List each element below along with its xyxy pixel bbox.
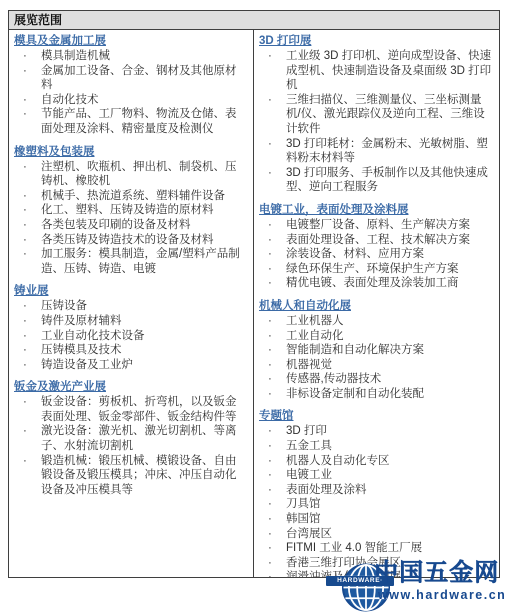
list-item: · 金属加工设备、合金、钢材及其他原材料 xyxy=(14,64,247,93)
section-item-list: · 注塑机、吹瓶机、押出机、制袋机、压铸机、橡胶机 · 机械手、热流道系统、塑料… xyxy=(14,160,247,277)
list-item: · 三维扫描仪、三维测量仪、三坐标测量机/仪、激光跟踪仪及逆向工程、三维设计软件 xyxy=(259,93,493,137)
list-item-text: 金属加工设备、合金、钢材及其他原材料 xyxy=(41,64,247,93)
list-item: · 刀具馆 xyxy=(259,497,493,512)
exhibition-section: 专题馆 · 3D 打印 · 五金工具 · 机器人及自动化专区 · 电镀工业 · … xyxy=(259,409,493,577)
list-item: · 表面处理设备、工程、技术解决方案 xyxy=(259,233,493,248)
bullet-icon: · xyxy=(14,160,41,189)
section-item-list: · 工业机器人 · 工业自动化 · 智能制造和自动化解决方案 · 机器视觉 · … xyxy=(259,314,493,402)
list-item: · 机器视觉 xyxy=(259,358,493,373)
bullet-icon: · xyxy=(259,262,286,277)
bullet-icon: · xyxy=(259,556,286,571)
exhibition-scope-table: 展览范围 模具及金属加工展 · 模具制造机械 · 金属加工设备、合金、钢材及其他… xyxy=(8,10,500,578)
list-item: · 各类包装及印刷的设备及材料 xyxy=(14,218,247,233)
bullet-icon: · xyxy=(14,107,41,136)
list-item-text: 自动化技术 xyxy=(41,93,247,108)
bullet-icon: · xyxy=(259,454,286,469)
page: 展览范围 模具及金属加工展 · 模具制造机械 · 金属加工设备、合金、钢材及其他… xyxy=(0,0,510,612)
list-item: · 五金工具 xyxy=(259,439,493,454)
list-item: · 节能产品、工厂物料、物流及仓储、表面处理及涂料、精密量度及检测仪 xyxy=(14,107,247,136)
list-item: · 锻造机械：锻压机械、模锻设备、自由锻设备及锻压模具；冲床、冲压自动化设备及冲… xyxy=(14,454,247,498)
list-item: · 工业机器人 xyxy=(259,314,493,329)
bullet-icon: · xyxy=(259,468,286,483)
list-item: · 绿色环保生产、环境保护生产方案 xyxy=(259,262,493,277)
bullet-icon: · xyxy=(14,454,41,498)
bullet-icon: · xyxy=(259,527,286,542)
exhibition-section: 橡塑料及包装展 · 注塑机、吹瓶机、押出机、制袋机、压铸机、橡胶机 · 机械手、… xyxy=(14,145,247,277)
section-item-list: · 电镀整厂设备、原料、生产解决方案 · 表面处理设备、工程、技术解决方案 · … xyxy=(259,218,493,291)
section-item-list: · 工业级 3D 打印机、逆向成型设备、快速成型机、快速制造设备及桌面级 3D … xyxy=(259,49,493,195)
list-item-text: 五金工具 xyxy=(286,439,493,454)
bullet-icon: · xyxy=(14,189,41,204)
bullet-icon: · xyxy=(259,570,286,577)
list-item: · 压铸设备 xyxy=(14,299,247,314)
section-title-link[interactable]: 模具及金属加工展 xyxy=(14,34,247,49)
list-item: · 表面处理及涂料 xyxy=(259,483,493,498)
bullet-icon: · xyxy=(14,203,41,218)
list-item: · 工业自动化 xyxy=(259,329,493,344)
list-item-text: 化工、塑料、压铸及铸造的原材料 xyxy=(41,203,247,218)
bullet-icon: · xyxy=(259,276,286,291)
list-item-text: 韩国馆 xyxy=(286,512,493,527)
list-item-text: 模具制造机械 xyxy=(41,49,247,64)
list-item-text: 智能制造和自动化解决方案 xyxy=(286,343,493,358)
list-item-text: 各类包装及印刷的设备及材料 xyxy=(41,218,247,233)
bullet-icon: · xyxy=(14,358,41,373)
section-title-link[interactable]: 铸业展 xyxy=(14,284,247,299)
bullet-icon: · xyxy=(259,497,286,512)
list-item: · 激光设备：激光机、激光切割机、等离子、水射流切割机 xyxy=(14,424,247,453)
section-title-link[interactable]: 电镀工业，表面处理及涂料展 xyxy=(259,203,493,218)
bullet-icon: · xyxy=(14,93,41,108)
list-item: · 3D 打印服务、手板制作以及其他快速成型、逆向工程服务 xyxy=(259,166,493,195)
list-item-text: 表面处理及涂料 xyxy=(286,483,493,498)
bullet-icon: · xyxy=(14,395,41,424)
exhibition-section: 3D 打印展 · 工业级 3D 打印机、逆向成型设备、快速成型机、快速制造设备及… xyxy=(259,34,493,195)
list-item-text: 3D 打印 xyxy=(286,424,493,439)
list-item: · 智能制造和自动化解决方案 xyxy=(259,343,493,358)
list-item: · 传感器,传动器技术 xyxy=(259,372,493,387)
bullet-icon: · xyxy=(259,387,286,402)
bullet-icon: · xyxy=(14,247,41,276)
bullet-icon: · xyxy=(259,93,286,137)
list-item-text: 刀具馆 xyxy=(286,497,493,512)
section-title-link[interactable]: 橡塑料及包装展 xyxy=(14,145,247,160)
bullet-icon: · xyxy=(14,233,41,248)
list-item: · 铸造设备及工业炉 xyxy=(14,358,247,373)
list-item-text: 节能产品、工厂物料、物流及仓储、表面处理及涂料、精密量度及检测仪 xyxy=(41,107,247,136)
list-item-text: 各类压铸及铸造技术的设备及材料 xyxy=(41,233,247,248)
list-item-text: 工业级 3D 打印机、逆向成型设备、快速成型机、快速制造设备及桌面级 3D 打印… xyxy=(286,49,493,93)
list-item: · 加工服务：模具制造，金属/塑料产品制造、压铸、铸造、电镀 xyxy=(14,247,247,276)
bullet-icon: · xyxy=(259,233,286,248)
bullet-icon: · xyxy=(14,218,41,233)
bullet-icon: · xyxy=(259,137,286,166)
bullet-icon: · xyxy=(259,439,286,454)
bullet-icon: · xyxy=(14,329,41,344)
list-item-text: 三维扫描仪、三维测量仪、三坐标测量机/仪、激光跟踪仪及逆向工程、三维设计软件 xyxy=(286,93,493,137)
list-item: · 涂装设备、材料、应用方案 xyxy=(259,247,493,262)
list-item: · 化工、塑料、压铸及铸造的原材料 xyxy=(14,203,247,218)
section-item-list: · 模具制造机械 · 金属加工设备、合金、钢材及其他原材料 · 自动化技术 · … xyxy=(14,49,247,137)
list-item-text: 压铸设备 xyxy=(41,299,247,314)
bullet-icon: · xyxy=(259,483,286,498)
exhibition-section: 模具及金属加工展 · 模具制造机械 · 金属加工设备、合金、钢材及其他原材料 ·… xyxy=(14,34,247,137)
list-item-text: 绿色环保生产、环境保护生产方案 xyxy=(286,262,493,277)
exhibition-section: 电镀工业，表面处理及涂料展 · 电镀整厂设备、原料、生产解决方案 · 表面处理设… xyxy=(259,203,493,291)
bullet-icon: · xyxy=(259,372,286,387)
list-item-text: 涂装设备、材料、应用方案 xyxy=(286,247,493,262)
bullet-icon: · xyxy=(14,314,41,329)
bullet-icon: · xyxy=(259,314,286,329)
list-item: · 3D 打印耗材：金属粉末、光敏树脂、塑料粉末材料等 xyxy=(259,137,493,166)
bullet-icon: · xyxy=(14,299,41,314)
section-title-link[interactable]: 专题馆 xyxy=(259,409,493,424)
list-item-text: 精优电镀、表面处理及涂装加工商 xyxy=(286,276,493,291)
list-item: · 工业级 3D 打印机、逆向成型设备、快速成型机、快速制造设备及桌面级 3D … xyxy=(259,49,493,93)
list-item-text: 3D 打印耗材：金属粉末、光敏树脂、塑料粉末材料等 xyxy=(286,137,493,166)
table-header: 展览范围 xyxy=(9,11,499,30)
bullet-icon: · xyxy=(259,424,286,439)
list-item-text: 工业自动化 xyxy=(286,329,493,344)
section-item-list: · 3D 打印 · 五金工具 · 机器人及自动化专区 · 电镀工业 · 表面处理… xyxy=(259,424,493,577)
list-item: · 3D 打印 xyxy=(259,424,493,439)
section-title-link[interactable]: 机械人和自动化展 xyxy=(259,299,493,314)
list-item-text: 锻造机械：锻压机械、模锻设备、自由锻设备及锻压模具；冲床、冲压自动化设备及冲压模… xyxy=(41,454,247,498)
list-item: · 模具制造机械 xyxy=(14,49,247,64)
list-item: · 钣金设备：剪板机、折弯机，以及钣金表面处理、钣金零部件、钣金结构件等 xyxy=(14,395,247,424)
bullet-icon: · xyxy=(259,49,286,93)
right-column: 3D 打印展 · 工业级 3D 打印机、逆向成型设备、快速成型机、快速制造设备及… xyxy=(254,30,499,577)
list-item: · 机械手、热流道系统、塑料辅件设备 xyxy=(14,189,247,204)
list-item: · 自动化技术 xyxy=(14,93,247,108)
list-item-text: 3D 打印服务、手板制作以及其他快速成型、逆向工程服务 xyxy=(286,166,493,195)
list-item-text: 机械手、热流道系统、塑料辅件设备 xyxy=(41,189,247,204)
list-item-text: 非标设备定制和自动化装配 xyxy=(286,387,493,402)
section-item-list: · 钣金设备：剪板机、折弯机，以及钣金表面处理、钣金零部件、钣金结构件等 · 激… xyxy=(14,395,247,497)
list-item-text: 表面处理设备、工程、技术解决方案 xyxy=(286,233,493,248)
list-item-text: 铸件及原材辅料 xyxy=(41,314,247,329)
list-item-text: 机器视觉 xyxy=(286,358,493,373)
list-item: · 精优电镀、表面处理及涂装加工商 xyxy=(259,276,493,291)
exhibition-section: 机械人和自动化展 · 工业机器人 · 工业自动化 · 智能制造和自动化解决方案 … xyxy=(259,299,493,402)
left-column: 模具及金属加工展 · 模具制造机械 · 金属加工设备、合金、钢材及其他原材料 ·… xyxy=(9,30,254,577)
list-item-text: 钣金设备：剪板机、折弯机，以及钣金表面处理、钣金零部件、钣金结构件等 xyxy=(41,395,247,424)
list-item-text: 工业自动化技术设备 xyxy=(41,329,247,344)
bullet-icon: · xyxy=(259,358,286,373)
list-item-text: 机器人及自动化专区 xyxy=(286,454,493,469)
list-item-text: 电镀整厂设备、原料、生产解决方案 xyxy=(286,218,493,233)
bullet-icon: · xyxy=(14,343,41,358)
list-item: · 压铸模具及技术 xyxy=(14,343,247,358)
list-item-text: 激光设备：激光机、激光切割机、等离子、水射流切割机 xyxy=(41,424,247,453)
section-title-link[interactable]: 钣金及激光产业展 xyxy=(14,380,247,395)
list-item-text: 压铸模具及技术 xyxy=(41,343,247,358)
list-item-text: 台湾展区 xyxy=(286,527,493,542)
bullet-icon: · xyxy=(259,166,286,195)
bullet-icon: · xyxy=(14,49,41,64)
list-item: · 电镀整厂设备、原料、生产解决方案 xyxy=(259,218,493,233)
list-item: · FITMI 工业 4.0 智能工厂展 xyxy=(259,541,493,556)
watermark-brand: 中国五金网 xyxy=(374,559,499,587)
list-item-text: 工业机器人 xyxy=(286,314,493,329)
list-item: · 机器人及自动化专区 xyxy=(259,454,493,469)
bullet-icon: · xyxy=(259,247,286,262)
list-item-text: 加工服务：模具制造，金属/塑料产品制造、压铸、铸造、电镀 xyxy=(41,247,247,276)
list-item: · 韩国馆 xyxy=(259,512,493,527)
list-item: · 注塑机、吹瓶机、押出机、制袋机、压铸机、橡胶机 xyxy=(14,160,247,189)
bullet-icon: · xyxy=(14,424,41,453)
bullet-icon: · xyxy=(259,541,286,556)
bullet-icon: · xyxy=(259,343,286,358)
bullet-icon: · xyxy=(259,329,286,344)
list-item-text: 电镀工业 xyxy=(286,468,493,483)
list-item: · 铸件及原材辅料 xyxy=(14,314,247,329)
list-item-text: FITMI 工业 4.0 智能工厂展 xyxy=(286,541,493,556)
watermark-url: www.hardware.cn xyxy=(378,589,506,602)
section-item-list: · 压铸设备 · 铸件及原材辅料 · 工业自动化技术设备 · 压铸模具及技术 ·… xyxy=(14,299,247,372)
list-item-text: 传感器,传动器技术 xyxy=(286,372,493,387)
list-item-text: 铸造设备及工业炉 xyxy=(41,358,247,373)
bullet-icon: · xyxy=(259,512,286,527)
list-item: · 工业自动化技术设备 xyxy=(14,329,247,344)
bullet-icon: · xyxy=(14,64,41,93)
list-item-text: 注塑机、吹瓶机、押出机、制袋机、压铸机、橡胶机 xyxy=(41,160,247,189)
table-body: 模具及金属加工展 · 模具制造机械 · 金属加工设备、合金、钢材及其他原材料 ·… xyxy=(9,30,499,577)
list-item: · 电镀工业 xyxy=(259,468,493,483)
section-title-link[interactable]: 3D 打印展 xyxy=(259,34,493,49)
list-item: · 台湾展区 xyxy=(259,527,493,542)
bullet-icon: · xyxy=(259,218,286,233)
exhibition-section: 铸业展 · 压铸设备 · 铸件及原材辅料 · 工业自动化技术设备 · 压铸模具及… xyxy=(14,284,247,372)
exhibition-section: 钣金及激光产业展 · 钣金设备：剪板机、折弯机，以及钣金表面处理、钣金零部件、钣… xyxy=(14,380,247,497)
list-item: · 各类压铸及铸造技术的设备及材料 xyxy=(14,233,247,248)
list-item: · 非标设备定制和自动化装配 xyxy=(259,387,493,402)
